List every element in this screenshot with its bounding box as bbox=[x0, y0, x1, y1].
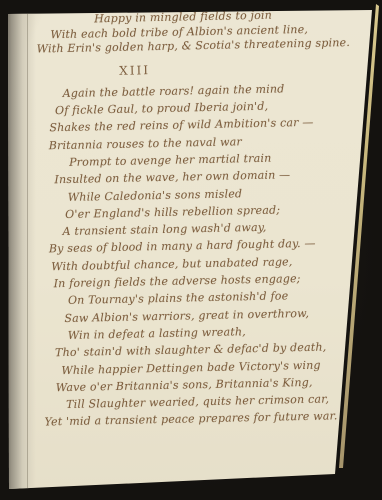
stanza-lines: Again the battle roars! again the mindOf… bbox=[16, 78, 373, 431]
section-heading: XIII bbox=[119, 56, 365, 79]
manuscript-page: Happy in mingled fields to joinWith each… bbox=[6, 6, 376, 494]
photo-backdrop: Happy in mingled fields to joinWith each… bbox=[0, 0, 382, 500]
poem-text-block: Happy in mingled fields to joinWith each… bbox=[14, 7, 373, 432]
fragment-lines: Happy in mingled fields to joinWith each… bbox=[14, 7, 365, 58]
